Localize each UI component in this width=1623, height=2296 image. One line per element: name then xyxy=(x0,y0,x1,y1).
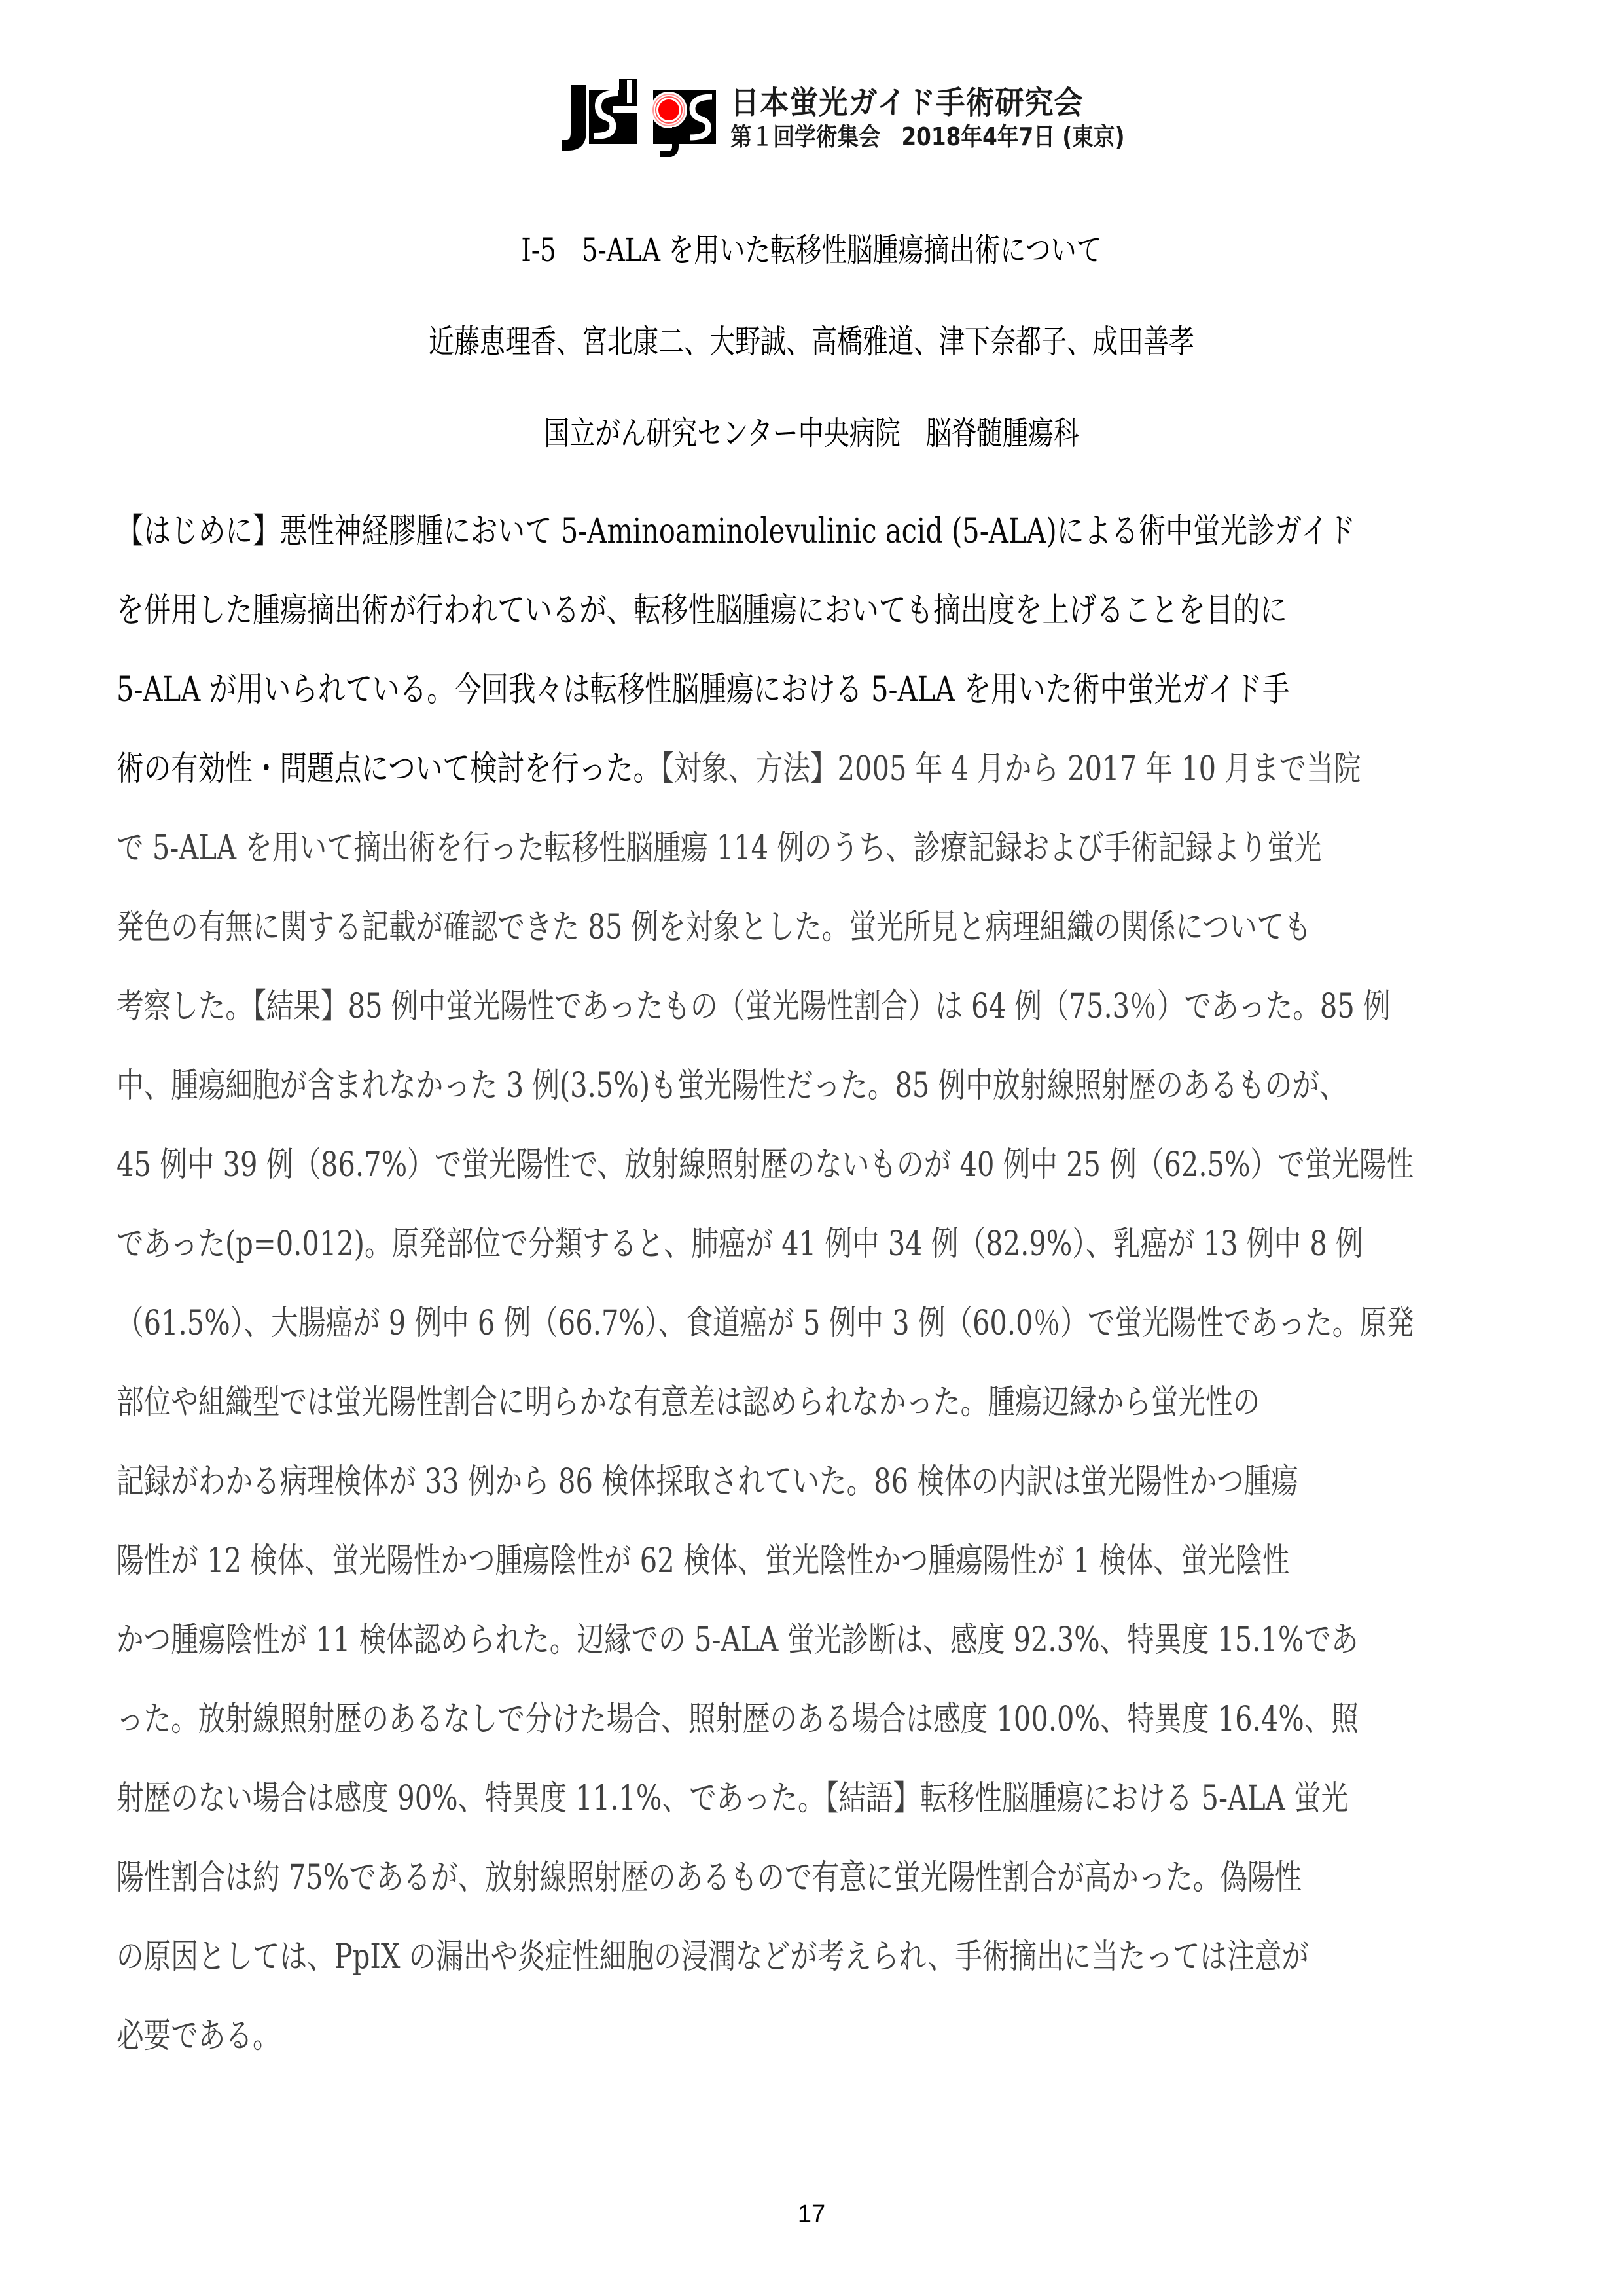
body-text-line: を併用した腫瘍摘出術が行われているが、転移性脳腫瘍においても摘出度を上げることを… xyxy=(116,584,1478,664)
meeting-info: 第１回学術集会 2018年4年7日 (東京) xyxy=(730,122,1125,152)
body-text-line: 45 例中 39 例（86.7%）で蛍光陽性で、放射線照射歴のないものが 40 … xyxy=(116,1139,1478,1218)
body-text-line: かつ腫瘍陰性が 11 検体認められた。辺縁での 5-ALA 蛍光診断は、感度 9… xyxy=(116,1614,1478,1693)
text-segment: 記録がわかる病理検体が 33 例から 86 検体採取されていた。86 検体の内訳… xyxy=(116,1462,1298,1501)
abstract-body: 【はじめに】悪性神経膠腫において 5-Aminoaminolevulinic a… xyxy=(116,505,1475,2089)
text-segment: 射歴のない場合は感度 90%、特異度 11.1%、であった。【結語】転移性脳腫瘍… xyxy=(116,1779,1348,1818)
text-segment: 陽性割合は約 75%であるが、放射線照射歴のあるもので有意に蛍光陽性割合が高かっ… xyxy=(116,1858,1302,1897)
text-segment: 術の有効性・問題点について検討を行った。 xyxy=(116,749,660,789)
header-text: 日本蛍光ガイド手術研究会 第１回学術集会 2018年4年7日 (東京) xyxy=(730,84,1189,152)
body-text-line: 記録がわかる病理検体が 33 例から 86 検体採取されていた。86 検体の内訳… xyxy=(116,1456,1478,1535)
text-segment: を併用した腫瘍摘出術が行われているが、転移性脳腫瘍においても摘出度を上げることを… xyxy=(116,591,1287,630)
text-segment: 必要である。 xyxy=(116,2017,280,2056)
body-text-line: 発色の有無に関する記載が確認できた 85 例を対象とした。蛍光所見と病理組織の関… xyxy=(116,901,1478,980)
body-text-line: であった(p=0.012)。原発部位で分類すると、肺癌が 41 例中 34 例（… xyxy=(116,1218,1478,1297)
text-segment: った。放射線照射歴のあるなしで分けた場合、照射歴のある場合は感度 100.0%、… xyxy=(116,1700,1359,1739)
body-text-line: った。放射線照射歴のあるなしで分けた場合、照射歴のある場合は感度 100.0%、… xyxy=(116,1693,1478,1772)
text-segment: 中、腫瘍細胞が含まれなかった 3 例(3.5%)も蛍光陽性だった。85 例中放射… xyxy=(116,1066,1347,1105)
text-segment: であった(p=0.012)。原発部位で分類すると、肺癌が 41 例中 34 例（… xyxy=(116,1225,1363,1264)
text-segment: 【はじめに】悪性神経膠腫において 5-Aminoaminolevulinic a… xyxy=(116,512,1355,551)
text-segment: の原因としては、PpIX の漏出や炎症性細胞の浸潤などが考えられ、手術摘出に当た… xyxy=(116,1937,1309,1977)
text-segment: 発色の有無に関する記載が確認できた 85 例を対象とした。蛍光所見と病理組織の関… xyxy=(116,908,1311,947)
body-text-line: （61.5%）、大腸癌が 9 例中 6 例（66.7%）、食道癌が 5 例中 3… xyxy=(116,1297,1478,1376)
organization-name: 日本蛍光ガイド手術研究会 xyxy=(730,84,1152,122)
conference-header: 日本蛍光ガイド手術研究会 第１回学術集会 2018年4年7日 (東京) xyxy=(562,77,1072,156)
text-segment: かつ腫瘍陰性が 11 検体認められた。辺縁での 5-ALA 蛍光診断は、感度 9… xyxy=(116,1621,1359,1660)
body-text-line: 術の有効性・問題点について検討を行った。【対象、方法】2005 年 4 月から … xyxy=(116,743,1478,822)
affiliation: 国立がん研究センター中央病院 脳脊髄腫瘍科 xyxy=(179,414,1444,453)
body-text-line: 陽性が 12 検体、蛍光陽性かつ腫瘍陰性が 62 検体、蛍光陰性かつ腫瘍陽性が … xyxy=(116,1535,1478,1614)
author-list: 近藤恵理香、宮北康二、大野誠、高橋雅道、津下奈都子、成田善孝 xyxy=(179,322,1444,361)
text-segment: で 5-ALA を用いて摘出術を行った転移性脳腫瘍 114 例のうち、診療記録お… xyxy=(116,829,1321,868)
body-text-line: 陽性割合は約 75%であるが、放射線照射歴のあるもので有意に蛍光陽性割合が高かっ… xyxy=(116,1852,1478,1931)
text-segment: 考察した。【結果】85 例中蛍光陽性であったもの（蛍光陽性割合）は 64 例（7… xyxy=(116,987,1391,1026)
text-segment: 5-ALA が用いられている。今回我々は転移性脳腫瘍における 5-ALA を用い… xyxy=(116,670,1290,709)
jsfgs-logo-icon xyxy=(562,77,719,157)
body-text-line: 5-ALA が用いられている。今回我々は転移性脳腫瘍における 5-ALA を用い… xyxy=(116,664,1478,743)
body-text-line: 射歴のない場合は感度 90%、特異度 11.1%、であった。【結語】転移性脳腫瘍… xyxy=(116,1772,1478,1852)
page-number: 17 xyxy=(0,2200,1623,2229)
body-text-line: 必要である。 xyxy=(116,2010,1478,2089)
text-segment: 【対象、方法】2005 年 4 月から 2017 年 10 月まで当院 xyxy=(660,749,1361,789)
text-segment: 部位や組織型では蛍光陽性割合に明らかな有意差は認められなかった。腫瘍辺縁から蛍光… xyxy=(116,1383,1260,1422)
text-segment: （61.5%）、大腸癌が 9 例中 6 例（66.7%）、食道癌が 5 例中 3… xyxy=(116,1304,1414,1343)
text-segment: 45 例中 39 例（86.7%）で蛍光陽性で、放射線照射歴のないものが 40 … xyxy=(116,1145,1414,1185)
body-text-line: で 5-ALA を用いて摘出術を行った転移性脳腫瘍 114 例のうち、診療記録お… xyxy=(116,822,1478,901)
body-text-line: の原因としては、PpIX の漏出や炎症性細胞の浸潤などが考えられ、手術摘出に当た… xyxy=(116,1931,1478,2010)
body-text-line: 考察した。【結果】85 例中蛍光陽性であったもの（蛍光陽性割合）は 64 例（7… xyxy=(116,980,1478,1060)
body-text-line: 部位や組織型では蛍光陽性割合に明らかな有意差は認められなかった。腫瘍辺縁から蛍光… xyxy=(116,1376,1478,1456)
text-segment: 陽性が 12 検体、蛍光陽性かつ腫瘍陰性が 62 検体、蛍光陰性かつ腫瘍陽性が … xyxy=(116,1541,1289,1581)
abstract-title: I-5 5-ALA を用いた転移性脳腫瘍摘出術について xyxy=(179,230,1444,270)
body-text-line: 【はじめに】悪性神経膠腫において 5-Aminoaminolevulinic a… xyxy=(116,505,1478,584)
body-text-line: 中、腫瘍細胞が含まれなかった 3 例(3.5%)も蛍光陽性だった。85 例中放射… xyxy=(116,1060,1478,1139)
